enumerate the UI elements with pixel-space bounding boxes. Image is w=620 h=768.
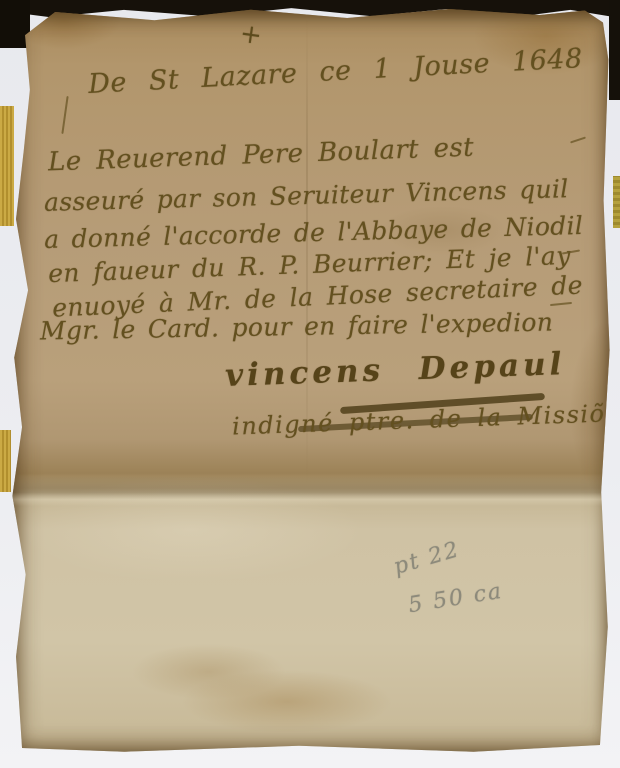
cloth-binding-strip <box>613 176 620 228</box>
pencil-annotation: 5 50 ca <box>407 579 505 619</box>
body-line: Le Reuerend Pere Boulart est <box>48 133 475 178</box>
scan-backdrop-right <box>609 0 620 100</box>
cloth-binding-strip <box>0 430 11 492</box>
fold-crease <box>10 476 612 506</box>
signature: vincens Depaul <box>224 346 565 394</box>
pencil-annotation: pt 22 <box>391 537 463 580</box>
cross-mark: + <box>238 19 264 52</box>
ink-tick-mark <box>550 302 572 306</box>
letter-paper: + De St Lazare ce 1 Jouse 1648 Le Reuere… <box>10 6 612 754</box>
ink-tick-mark <box>61 96 68 134</box>
cloth-binding-strip <box>0 106 14 226</box>
manuscript-scan: + De St Lazare ce 1 Jouse 1648 Le Reuere… <box>0 0 620 768</box>
dateline: De St Lazare ce 1 Jouse 1648 <box>88 43 584 100</box>
scan-backdrop-left <box>0 0 30 48</box>
ink-tick-mark <box>570 137 586 144</box>
signature-title: indigné ptre. de la Missiõ <box>232 399 606 440</box>
